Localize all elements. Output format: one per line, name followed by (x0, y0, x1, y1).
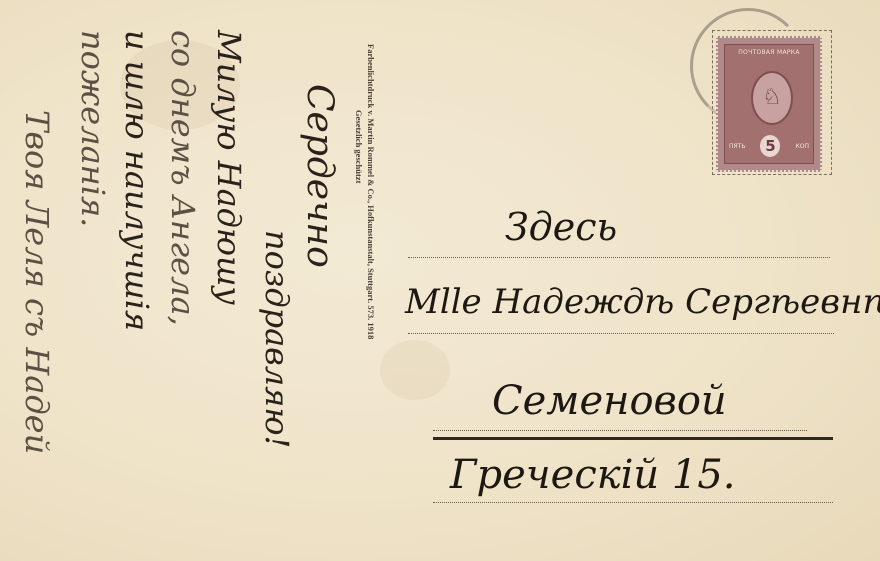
address-line-1: Здесь (505, 205, 617, 249)
address-line-2: Mlle Надеждѣ Сергѣевнѣ (405, 282, 880, 322)
address-rule (433, 502, 833, 503)
publisher-imprint: Farbenlichtdruck v. Martin Rommel & Co.,… (366, 44, 376, 339)
message-line: со днемъ Ангела, (164, 30, 202, 326)
stamp-left-text: ПЯТЬ (729, 143, 745, 150)
address-rule (408, 257, 830, 258)
message-line: поздравляю! (258, 230, 296, 448)
address-solid-rule (433, 437, 833, 440)
stamp-top-text: ПОЧТОВАЯ МАРКА (725, 49, 813, 56)
postcard: Сердечно поздравляю! Милую Надюшу со дне… (0, 0, 880, 561)
stamp-denomination-bar: ПЯТЬ 5 КОП (725, 135, 813, 157)
stamp-design: ПОЧТОВАЯ МАРКА ♘ ПЯТЬ 5 КОП (724, 44, 814, 164)
handwritten-message: Сердечно поздравляю! Милую Надюшу со дне… (0, 0, 340, 561)
address-rule (433, 430, 807, 431)
copyright-notice: Gesetzlich geschützt (354, 110, 364, 183)
message-line: пожеланія. (74, 30, 112, 227)
message-line: и шлю наилучшія (118, 30, 156, 331)
address-line-4: Греческій 15. (450, 452, 736, 498)
address-line-3: Семеновой (492, 378, 727, 424)
postage-stamp: ПОЧТОВАЯ МАРКА ♘ ПЯТЬ 5 КОП (716, 36, 822, 172)
paper-stain (380, 340, 450, 400)
stamp-right-text: КОП (796, 143, 810, 150)
address-rule (408, 333, 834, 334)
eagle-emblem-icon: ♘ (751, 71, 793, 125)
message-signature: Твоя Леля съ Надей (18, 110, 56, 454)
stamp-value: 5 (760, 135, 780, 157)
message-line: Сердечно (299, 84, 340, 268)
message-line: Милую Надюшу (210, 30, 248, 305)
